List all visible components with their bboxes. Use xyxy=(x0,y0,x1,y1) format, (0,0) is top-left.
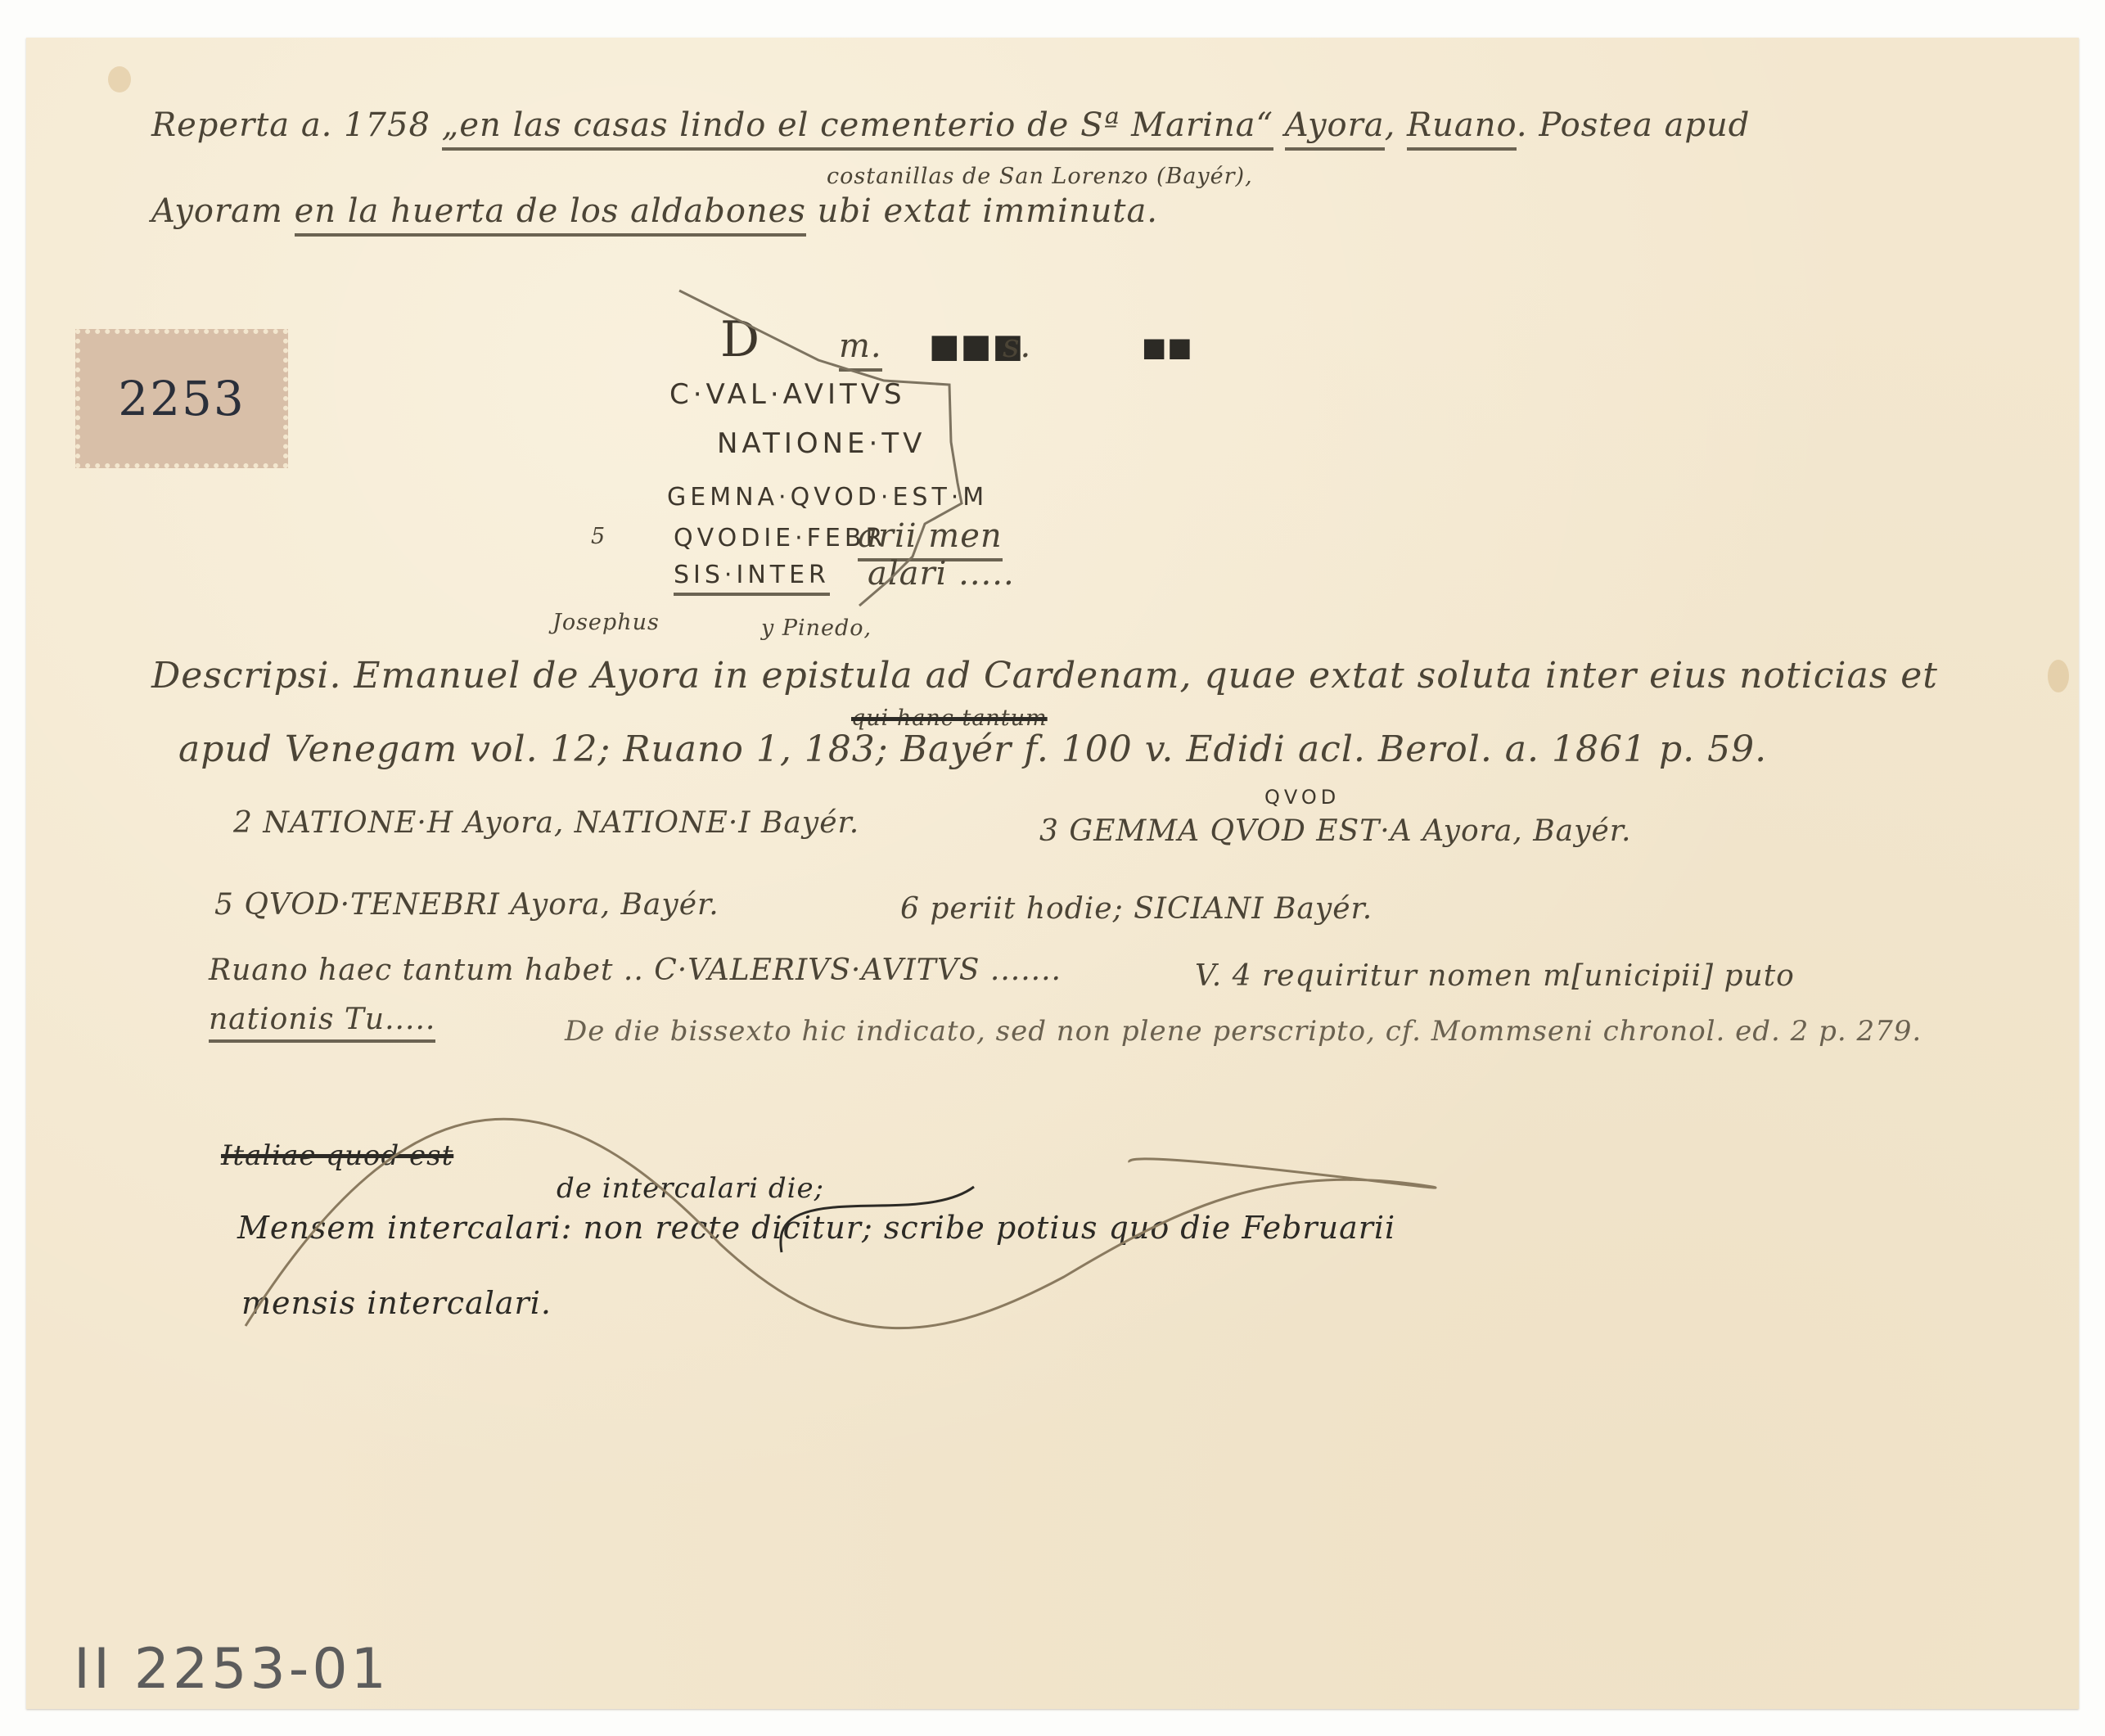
interlinear-costanillas: costanillas de San Lorenzo (Bayér), xyxy=(827,164,1253,189)
paper-stain xyxy=(2048,660,2069,692)
header-line-2: Ayoram en la huerta de los aldabones ubi… xyxy=(151,192,1158,230)
variant-line-6: 6 periit hodie; SICIANI Bayér. xyxy=(900,892,1373,926)
line-number-5: 5 xyxy=(591,524,606,549)
postea-text: . Postea apud xyxy=(1517,106,1750,144)
find-spot-quote: „en las casas lindo el cementerio de Sª … xyxy=(442,106,1273,151)
supplement-line-5: alari ..... xyxy=(868,555,1015,593)
inscription-line-2: NATIONE·TV xyxy=(717,427,926,460)
ruano-line: Ruano haec tantum habet .. C·VALERIVS·AV… xyxy=(209,954,1062,987)
inscription-line-1: C·VAL·AVITVS xyxy=(669,378,906,411)
inscription-struck-2: ■■ xyxy=(1142,331,1192,363)
source-ruano: Ruano xyxy=(1407,106,1517,151)
inscription-line-4: QVODIE·FEBR xyxy=(674,524,886,552)
header-line-1: Reperta a. 1758 „en las casas lindo el c… xyxy=(151,106,1750,144)
mensis-intercalari-line: mensis intercalari. xyxy=(241,1285,552,1321)
variant-line-5: 5 QVOD·TENEBRI Ayora, Bayér. xyxy=(214,888,719,922)
v4-note: V. 4 requiritur nomen m[unicipii] puto xyxy=(1195,959,1795,993)
source-ayora: Ayora xyxy=(1285,106,1385,151)
reperta-text: Reperta a. 1758 xyxy=(151,106,430,144)
interlinear-de-intercalari: de intercalari die; xyxy=(557,1172,824,1205)
interlinear-josephus: Josephus xyxy=(552,610,660,635)
mensem-intercalari-line: Mensem intercalari: non recte dicitur; s… xyxy=(237,1210,1395,1246)
struck-italiae-quod-est: Italiae quod est xyxy=(221,1139,453,1172)
pencil-shelfmark: II 2253-01 xyxy=(74,1637,390,1702)
variant-line-3: 3 GEMMA QVOD EST·A Ayora, Bayér. xyxy=(1039,814,1631,848)
inscription-s: s. xyxy=(1003,327,1031,365)
sources-line: apud Venegam vol. 12; Ruano 1, 183; Bayé… xyxy=(178,728,1767,770)
inscription-m: m. xyxy=(839,327,882,365)
catalog-number: 2253 xyxy=(118,371,246,426)
catalog-number-stamp: 2253 xyxy=(75,329,288,468)
variant-line-2: 2 NATIONE·H Ayora, NATIONE·I Bayér. xyxy=(233,806,859,840)
extat-text: ubi extat imminuta. xyxy=(818,192,1158,230)
nationis-line: nationis Tu..... xyxy=(209,1003,435,1036)
manuscript-sheet xyxy=(26,38,2079,1709)
ayoram-text: Ayoram xyxy=(151,192,283,230)
bissexto-line: De die bissexto hic indicato, sed non pl… xyxy=(565,1015,1922,1048)
inscription-line-5: SIS·INTER xyxy=(674,561,830,589)
huerta-text: en la huerta de los aldabones xyxy=(295,192,806,237)
struck-qui-hanc-tantum: qui hanc tantum xyxy=(851,706,1048,731)
descripsi-line: Descripsi. Emanuel de Ayora in epistula … xyxy=(151,655,1938,697)
inscription-line-3: GEMNA·QVOD·EST·M xyxy=(667,483,988,512)
paper-stain xyxy=(108,66,131,92)
inscription-d: D xyxy=(720,311,760,368)
supplement-line-4: arii men xyxy=(858,517,1003,555)
variant-quod-above: QVOD xyxy=(1264,786,1340,809)
interlinear-pinedo: y Pinedo, xyxy=(761,615,872,641)
